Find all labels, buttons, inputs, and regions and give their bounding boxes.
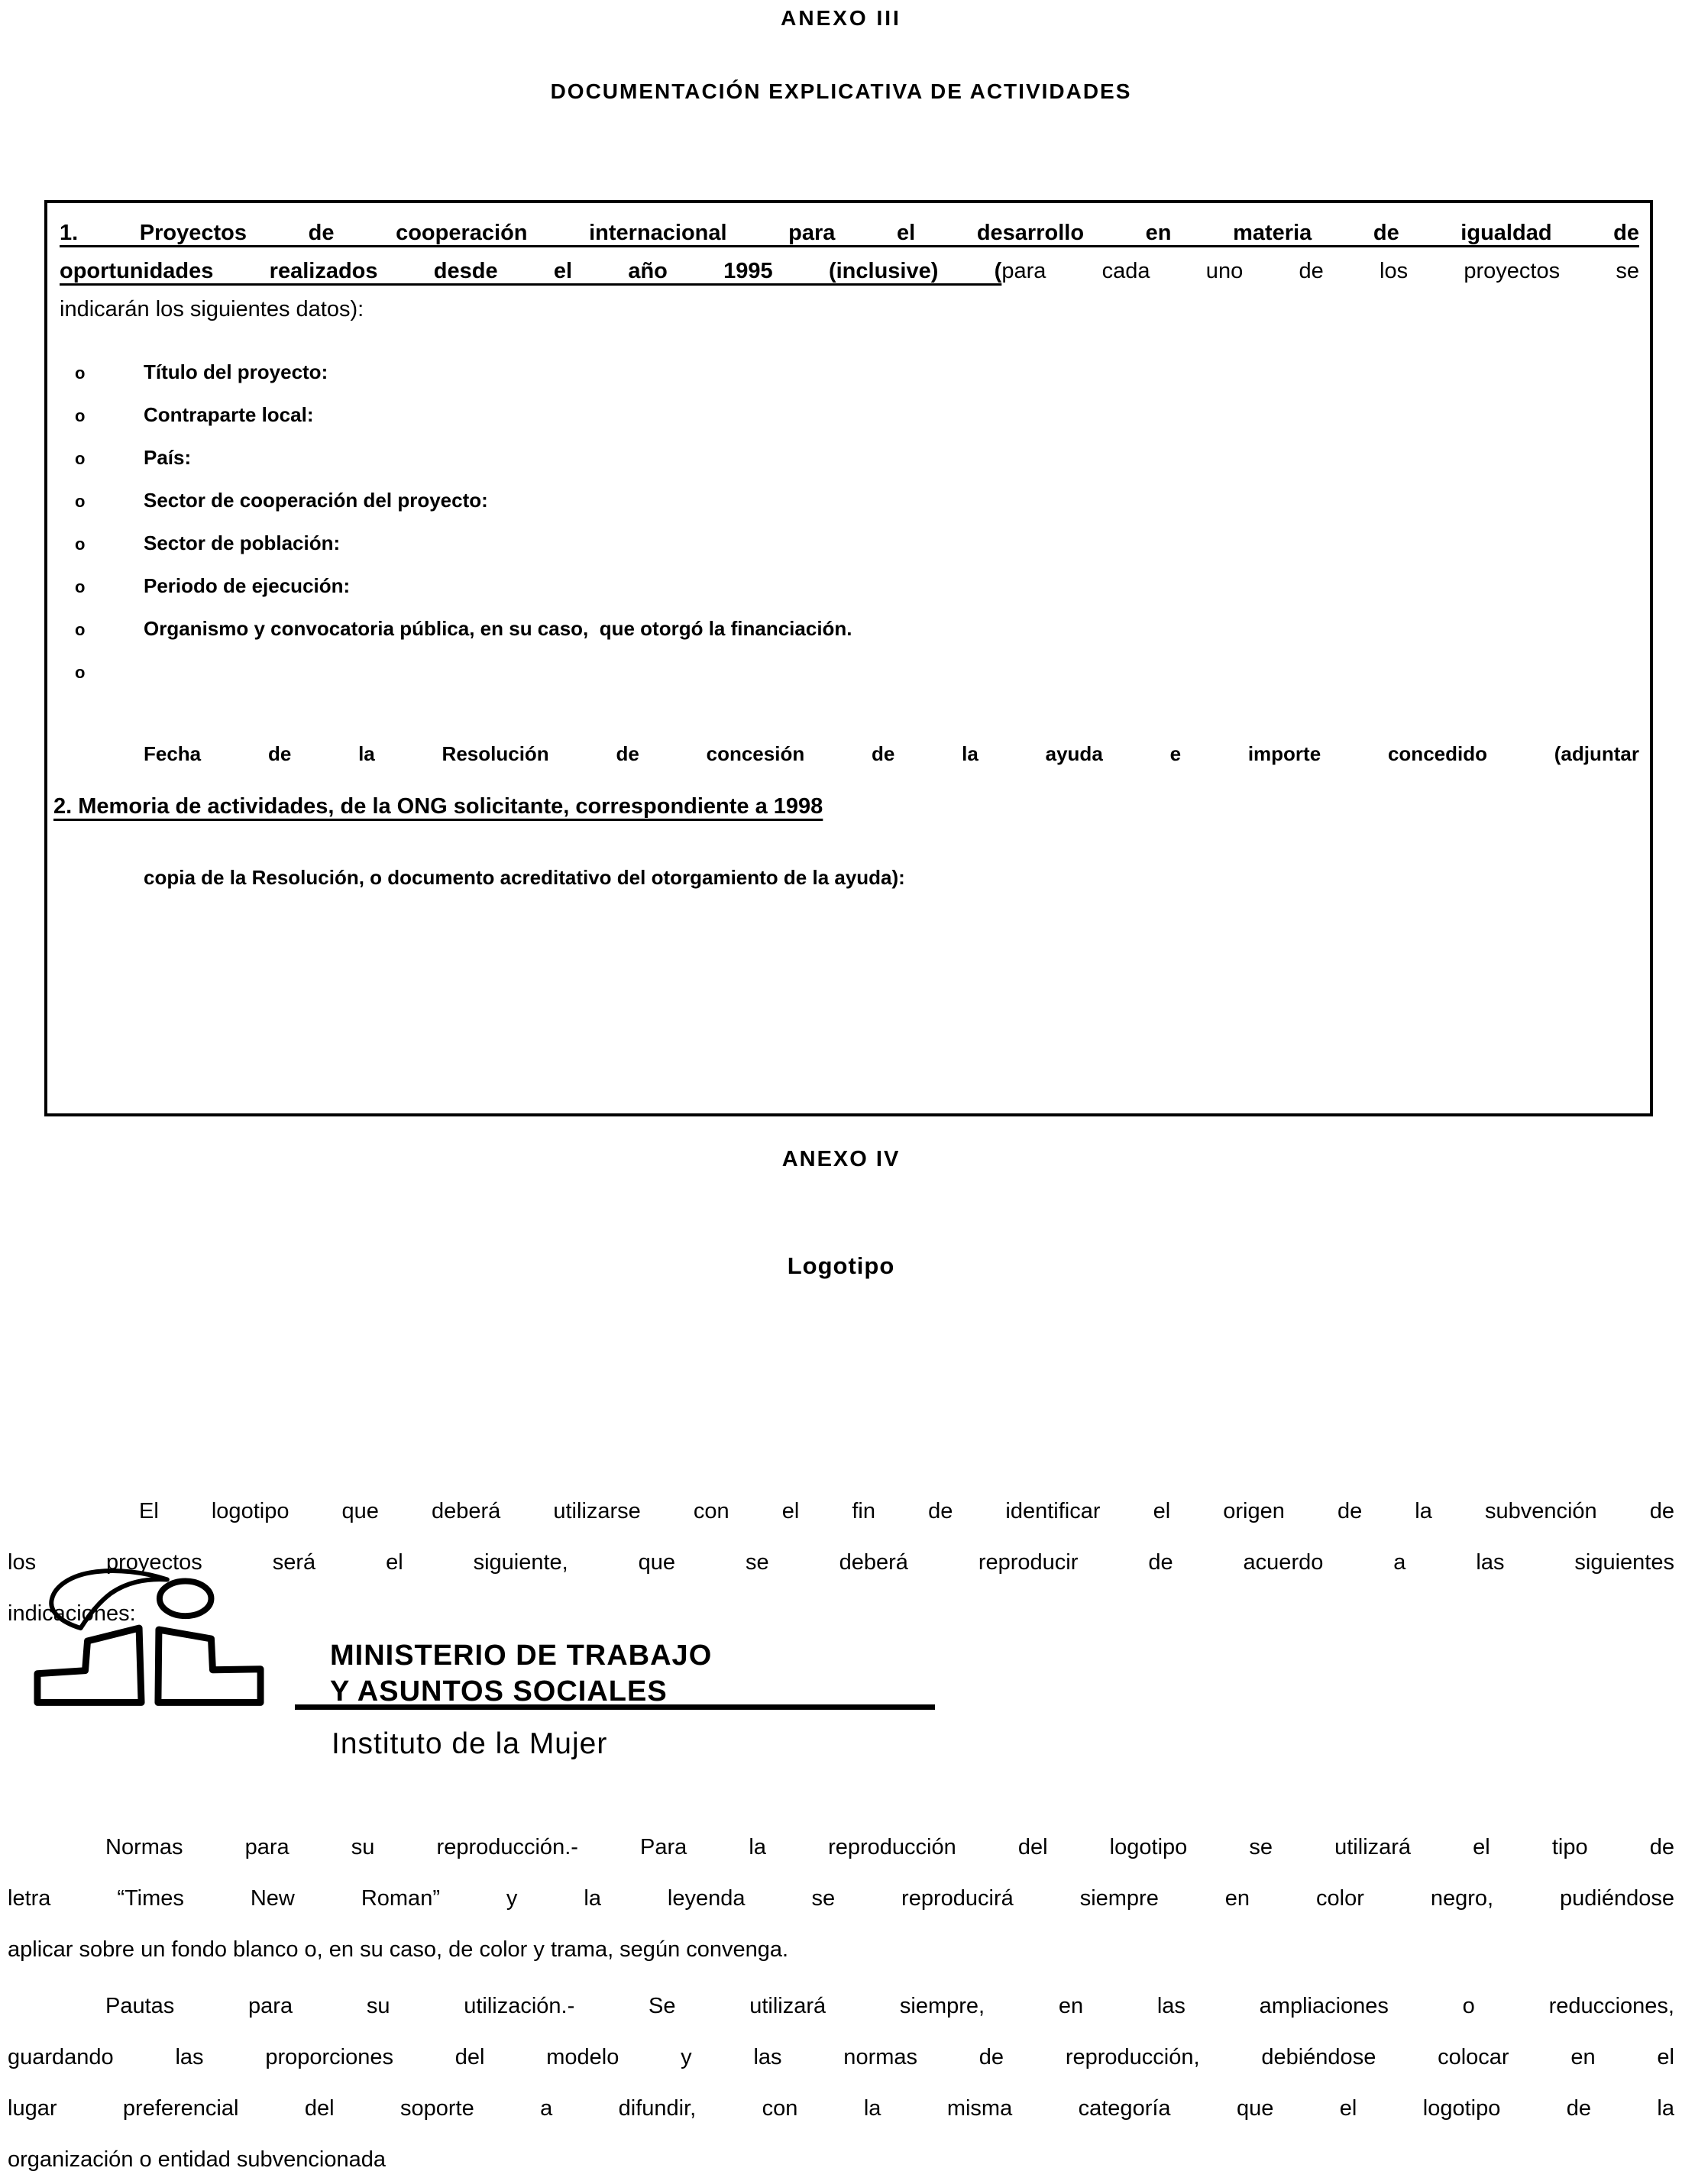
pautas-line-2: guardando las proporciones del modelo y … xyxy=(8,2032,1674,2083)
list-item-label: Periodo de ejecución: xyxy=(144,565,1639,606)
list-item-label: Título del proyecto: xyxy=(144,351,1639,393)
institute-label: Instituto de la Mujer xyxy=(332,1727,607,1761)
list-item: o Título del proyecto: xyxy=(75,351,1639,394)
pautas-line-4: organización o entidad subvencionada xyxy=(8,2134,1674,2184)
intro-line-1: El logotipo que deberá utilizarse con el… xyxy=(8,1486,1674,1537)
document-subtitle: DOCUMENTACIÓN EXPLICATIVA DE ACTIVIDADES xyxy=(0,79,1682,104)
list-item: o País: xyxy=(75,437,1639,480)
logo-rule xyxy=(295,1704,935,1710)
bullet-icon: o xyxy=(75,481,144,522)
requirements-box: 1. Proyectos de cooperación internaciona… xyxy=(44,200,1653,1116)
memoria-heading: 2. Memoria de actividades, de la ONG sol… xyxy=(53,794,823,819)
list-item: o Contraparte local: xyxy=(75,394,1639,437)
bullet-icon: o xyxy=(75,438,144,480)
pautas-paragraph: Pautas para su utilización.- Se utilizar… xyxy=(0,1981,1682,2184)
list-item: o Organismo y convocatoria pública, en s… xyxy=(75,608,1639,651)
bullet-icon: o xyxy=(75,609,144,651)
ministry-wordmark: MINISTERIO DE TRABAJO Y ASUNTOS SOCIALES xyxy=(330,1638,712,1710)
heading-line-1: 1. Proyectos de cooperación internaciona… xyxy=(60,214,1639,252)
list-item-line-1: Fecha de la Resolución de concesión de l… xyxy=(144,733,1639,774)
instituto-de-la-mujer-logo-icon xyxy=(32,1567,266,1707)
list-item-label: Sector de cooperación del proyecto: xyxy=(144,480,1639,521)
list-item-label: Sector de población: xyxy=(144,522,1639,564)
bullet-icon: o xyxy=(75,353,144,394)
bullet-icon: o xyxy=(75,567,144,608)
normas-line-3: aplicar sobre un fondo blanco o, en su c… xyxy=(8,1924,1674,1976)
box-heading: 1. Proyectos de cooperación internaciona… xyxy=(47,203,1650,328)
anexo-iii-title: ANEXO III xyxy=(0,6,1682,31)
ministry-line-1: MINISTERIO DE TRABAJO xyxy=(330,1638,712,1674)
list-item-label: País: xyxy=(144,437,1639,478)
scanned-document-page: ANEXO III DOCUMENTACIÓN EXPLICATIVA DE A… xyxy=(0,0,1682,2184)
list-item-label: Contraparte local: xyxy=(144,394,1639,435)
project-data-list: o Título del proyecto: o Contraparte loc… xyxy=(47,351,1650,981)
bullet-icon: o xyxy=(75,524,144,565)
list-item: o Sector de población: xyxy=(75,522,1639,565)
bullet-icon: o xyxy=(75,396,144,437)
normas-paragraph: Normas para su reproducción.- Para la re… xyxy=(0,1822,1682,1976)
heading-line-2: oportunidades realizados desde el año 19… xyxy=(60,252,1639,290)
list-item: o Sector de cooperación del proyecto: xyxy=(75,480,1639,522)
list-item-line-2: copia de la Resolución, o documento acre… xyxy=(144,857,1639,898)
list-item: o Periodo de ejecución: xyxy=(75,565,1639,608)
logotipo-heading: Logotipo xyxy=(0,1252,1682,1280)
pautas-line-3: lugar preferencial del soporte a difundi… xyxy=(8,2083,1674,2134)
bullet-icon: o xyxy=(75,652,144,693)
pautas-line-1: Pautas para su utilización.- Se utilizar… xyxy=(8,1981,1674,2032)
normas-line-2: letra “Times New Roman” y la leyenda se … xyxy=(8,1873,1674,1924)
anexo-iv-title: ANEXO IV xyxy=(0,1147,1682,1172)
list-item-label: Organismo y convocatoria pública, en su … xyxy=(144,608,1639,649)
heading-line-3: indicarán los siguientes datos): xyxy=(60,290,1639,328)
normas-line-1: Normas para su reproducción.- Para la re… xyxy=(8,1822,1674,1873)
